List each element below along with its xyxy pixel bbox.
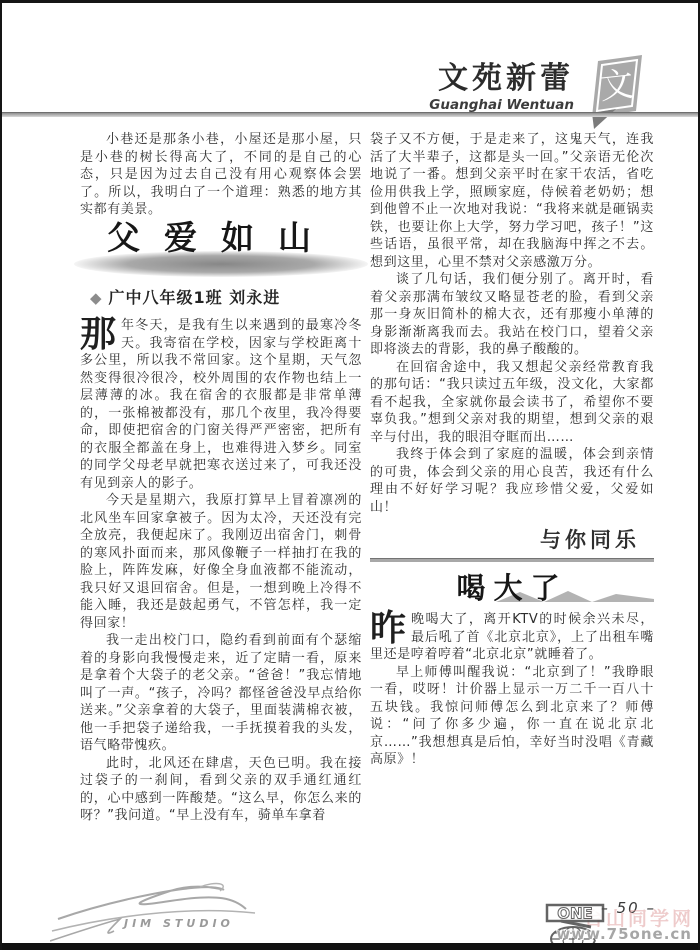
article2-paragraph-dropcap: 昨晚喝大了，离开KTV的时候余兴未尽，最后吼了首《北京北京》，上了出租车嘴里还是…	[370, 611, 654, 664]
section-label: 与你同乐	[370, 532, 654, 550]
left-column: 小巷还是那条小巷，小屋还是那小屋，只是小巷的树长得高大了，不同的是自己的心态，只…	[80, 131, 362, 825]
page-header-title: 文苑新蕾	[429, 63, 574, 95]
lead-in-paragraph: 小巷还是那条小巷，小屋还是那小屋，只是小巷的树长得高大了，不同的是自己的心态，只…	[80, 131, 362, 219]
article1-paragraph: 我一走出校门口，隐约看到前面有个瑟缩着的身影向我慢慢走来，近了定睛一看，原来是拿…	[80, 632, 362, 755]
article2-title-block: 喝大了	[370, 580, 654, 604]
paragraph-text: 年冬天，是我有生以来遇到的最寒冷冬天。我寄宿在学校，因家与学校距离十多公里，所以…	[80, 318, 362, 491]
article1-paragraph: 谈了几句话，我们便分别了。离开时，看着父亲那满布皱纹又略显苍老的脸，看到父亲那一…	[370, 271, 654, 359]
page-header-subtitle: Guanghai Wentuan	[429, 97, 574, 113]
article1-paragraph-dropcap: 那年冬天，是我有生以来遇到的最寒冷冬天。我寄宿在学校，因家与学校距离十多公里，所…	[80, 317, 362, 492]
article1-paragraph: 此时，北风还在肆虐，天色已明。我在接过袋子的一刹间，看到父亲的双手通红通红的，心…	[80, 755, 362, 825]
article1-title-block: 父爱如山	[80, 229, 362, 285]
article2-title: 喝大了	[456, 571, 567, 605]
signature-swash-icon	[50, 879, 300, 945]
magazine-page: 文苑新蕾 Guanghai Wentuan 文 小巷还是那条小巷，小屋还是那小屋…	[0, 0, 700, 950]
site-url-watermark: www.75one.cn	[556, 925, 692, 943]
right-column: 袋子又不方便，于是走来了，这鬼天气，连我活了大半辈子，这都是头一回。”父亲语无伦…	[370, 131, 654, 769]
page-header: 文苑新蕾 Guanghai Wentuan	[429, 63, 574, 113]
article1-paragraph: 今天是星期六，我原打算早上冒着凛冽的北风坐车回家拿被子。因为太冷，天还没有完全放…	[80, 492, 362, 632]
section-divider	[370, 558, 654, 562]
wen-glyph: 文	[598, 64, 636, 107]
page-bottom-border	[2, 943, 698, 950]
studio-signature-watermark: JIM STUDIO	[50, 879, 300, 945]
article1-title: 父爱如山	[107, 218, 335, 257]
article2-paragraph: 早上师傅叫醒我说：“北京到了！”我睁眼一看，哎呀！计价器上显示一万二千一百八十五…	[370, 664, 654, 769]
diamond-bullet-icon: ◆	[90, 289, 109, 307]
paragraph-text: 晚喝大了，离开KTV的时候余兴未尽，最后吼了首《北京北京》，上了出租车嘴里还是哼…	[370, 612, 654, 662]
dropcap-char: 昨	[370, 611, 411, 645]
article1-paragraph: 我终于体会到了家庭的温暖，体会到亲情的可贵，体会到父亲的用心良苦，我还有什么理由…	[370, 446, 654, 516]
article1-paragraph-continued: 袋子又不方便，于是走来了，这鬼天气，连我活了大半辈子，这都是头一回。”父亲语无伦…	[370, 131, 654, 271]
byline-text: 广中八年级1班 刘永进	[109, 288, 281, 307]
article1-paragraph: 在回宿舍途中，我又想起父亲经常教育我的那句话：“我只读过五年级，没文化，大家都看…	[370, 359, 654, 447]
header-divider	[2, 112, 698, 117]
article1-byline: ◆广中八年级1班 刘永进	[90, 289, 362, 308]
wen-flag-icon: 文	[584, 53, 646, 129]
studio-name: JIM STUDIO	[124, 917, 234, 930]
dropcap-char: 那	[80, 317, 121, 351]
